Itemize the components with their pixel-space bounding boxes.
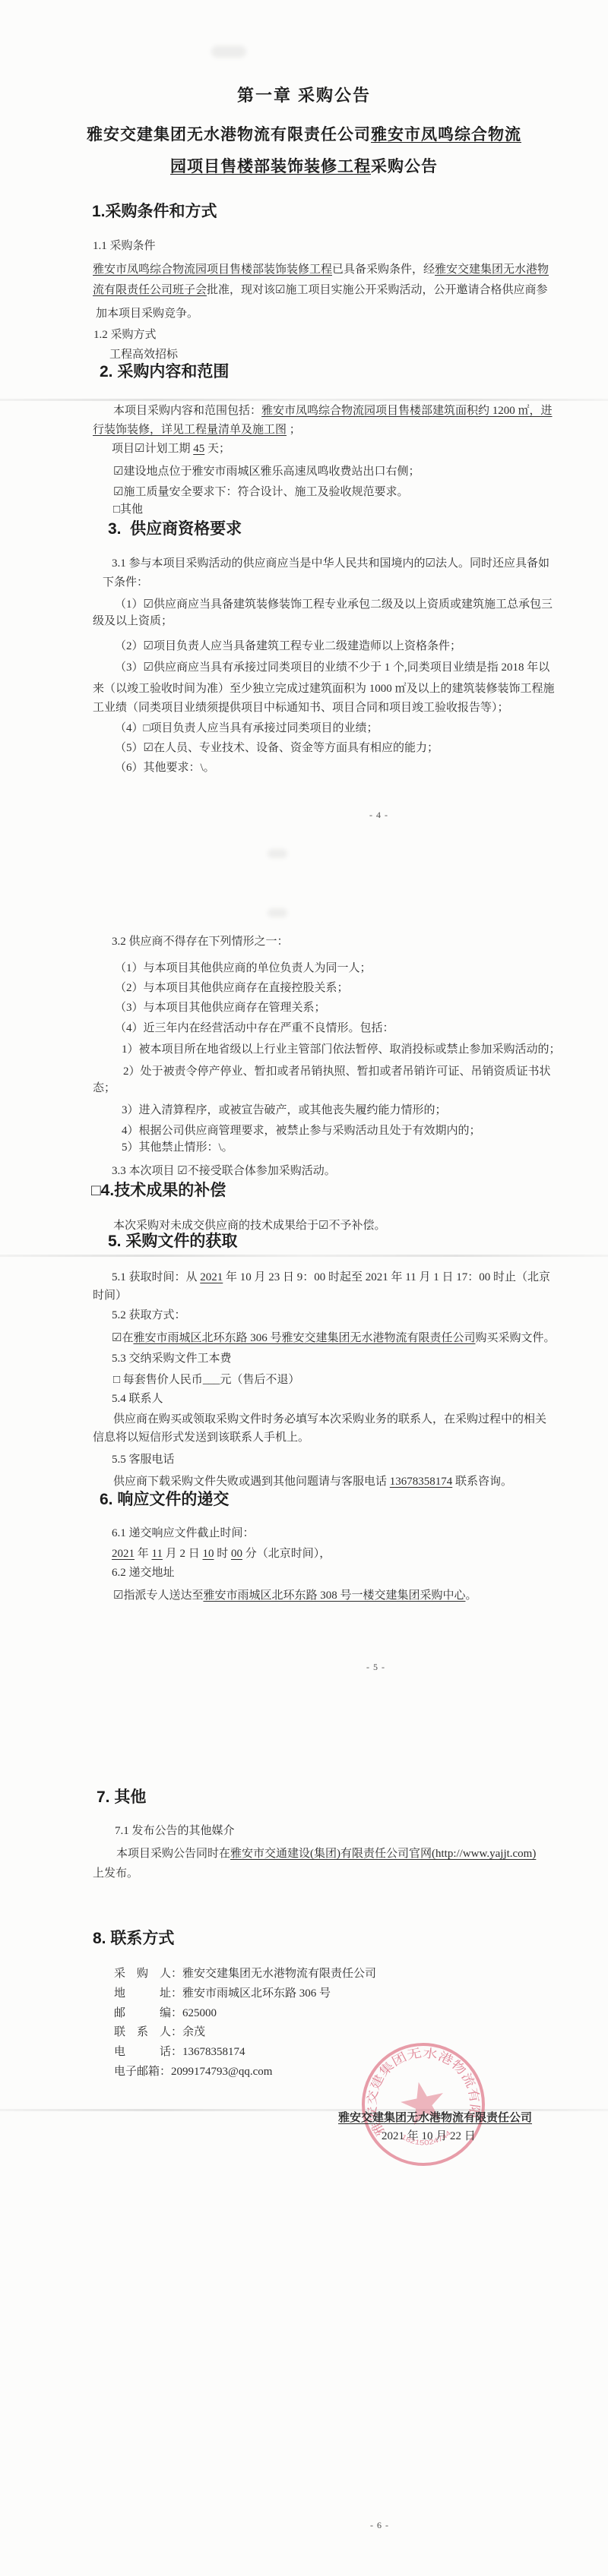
quality-requirement-line: ☑施工质量安全要求下：符合设计、施工及验收规范要求。 bbox=[113, 485, 408, 500]
text-segment: 。 bbox=[465, 1589, 477, 1602]
delivery-address-underlined: 雅安市雨城区北环东路 308 号一楼交建集团采购中心 bbox=[203, 1589, 465, 1602]
obtain-time-line: 5.1 获取时间：从 2021 年 10 月 23 日 9：00 时起至 202… bbox=[112, 1271, 550, 1285]
prohibited-item-line: （4）近三年内在经营活动中存在严重不良情形。包括： bbox=[115, 1021, 394, 1036]
official-website-url: 雅安市交通建设(集团)有限责任公司官网(http://www.yajjt.com… bbox=[230, 1848, 536, 1860]
obtain-time-line: 时间） bbox=[93, 1289, 127, 1303]
prohibited-item-line: （2）与本项目其他供应商存在直接控股关系； bbox=[115, 981, 349, 996]
text-segment: 天； bbox=[204, 443, 230, 455]
contact-note-line: 供应商在购买或领取采购文件时务必填写本次采购业务的联系人，在采购过程中的相关 bbox=[113, 1413, 546, 1427]
qualification-item-line: （5）☑在人员、专业技术、设备、资金等方面具有相应的能力； bbox=[115, 741, 439, 756]
scope-underlined: 行装饰装修，详见工程量清单及施工图 bbox=[93, 424, 287, 436]
company-seal-stamp: 雅安交建集团无水港物流有限责任公司 18215024744 bbox=[347, 2028, 500, 2181]
scope-text-line: 本项目采购内容和范围包括：雅安市凤鸣综合物流园项目售楼部建筑面积约 1200 ㎡… bbox=[113, 404, 553, 418]
contact-postcode-line: 邮 编：625000 bbox=[114, 2006, 217, 2021]
contact-phone-line: 电 话：13678358174 bbox=[114, 2045, 245, 2060]
section-5-heading: 5. 采购文件的获取 bbox=[108, 1232, 237, 1252]
obtain-method-line: ☑在雅安市雨城区北环东路 306 号雅安交建集团无水港物流有限责任公司购买采购文… bbox=[112, 1331, 555, 1346]
title-segment: 采购公告 bbox=[371, 158, 438, 175]
page-number-6: - 6 - bbox=[370, 2520, 389, 2531]
title-segment-underlined: 园项目售楼部装饰装修工程 bbox=[170, 158, 371, 175]
clause-3-1-line: 下条件： bbox=[103, 576, 148, 590]
prohibited-subitem-line: 5）其他禁止情形：\。 bbox=[122, 1141, 233, 1155]
prohibited-subitem-line: 1）被本项目所在地省级以上行业主管部门依法暂停、取消投标或禁止参加采购活动的； bbox=[122, 1043, 561, 1057]
section-1-heading: 1.采购条件和方式 bbox=[92, 202, 217, 222]
text-segment: ☑指派专人送达至 bbox=[113, 1589, 203, 1602]
text-segment: □ 每套售价人民币 bbox=[113, 1374, 203, 1386]
blank-amount-field: ___ bbox=[203, 1374, 220, 1386]
construction-site-line: ☑建设地点位于雅安市雨城区雅乐高速凤鸣收费站出口右侧； bbox=[113, 465, 420, 479]
duration-days-underlined: 45 bbox=[193, 443, 204, 455]
qualification-item-line: 级及以上资质； bbox=[93, 614, 173, 629]
publish-media-line: 上发布。 bbox=[93, 1867, 138, 1881]
section-7-heading: 7. 其他 bbox=[97, 1788, 146, 1807]
text-segment: 批准，现对该☑施工项目实施公开采购活动，公开邀请合格供应商参 bbox=[207, 284, 547, 296]
page-break-scan-line bbox=[0, 399, 608, 401]
title-segment-underlined: 雅安市凤鸣综合物流 bbox=[371, 126, 521, 144]
contact-email-line: 电子邮箱：2099174793@qq.com bbox=[114, 2065, 272, 2079]
service-phone-line: 供应商下载采购文件失败或遇到其他问题请与客服电话 13678358174 联系咨… bbox=[113, 1475, 512, 1489]
text-segment: 已具备采购条件，经 bbox=[332, 264, 435, 276]
clause-5-2-heading: 5.2 获取方式： bbox=[112, 1309, 186, 1323]
buyer-name-underlined: 流有限责任公司班子会 bbox=[93, 284, 207, 296]
signature-date: 2021 年 10 月 22 日 bbox=[382, 2129, 476, 2144]
page-number-4: - 4 - bbox=[369, 810, 388, 821]
text-segment: 5.1 获取时间：从 bbox=[112, 1271, 200, 1283]
year-underlined: 2021 bbox=[200, 1271, 223, 1283]
clause-1-1-text-line: 雅安市凤鸣综合物流园项目售楼部装饰装修工程已具备采购条件，经雅安交建集团无水港物 bbox=[93, 263, 549, 277]
announcement-title-line1: 雅安交建集团无水港物流有限责任公司雅安市凤鸣综合物流 bbox=[0, 125, 608, 145]
qualification-item-line: （6）其他要求：\。 bbox=[115, 761, 215, 775]
text-segment: ； bbox=[287, 424, 301, 436]
contact-buyer-line: 采 购 人：雅安交建集团无水港物流有限责任公司 bbox=[114, 1967, 376, 1981]
section-2-heading: 2. 采购内容和范围 bbox=[100, 362, 229, 382]
project-duration-line: 项目☑计划工期 45 天； bbox=[112, 442, 230, 456]
prohibited-subitem-line: 4）根据公司供应商管理要求，被禁止参与采购活动且处于有效期内的； bbox=[122, 1124, 481, 1138]
text-segment: 购买采购文件。 bbox=[475, 1332, 555, 1344]
clause-5-3-heading: 5.3 交纳采购文件工本费 bbox=[112, 1352, 232, 1366]
compensation-text-line: 本次采购对未成交供应商的技术成果给于☑不予补偿。 bbox=[113, 1219, 385, 1233]
scope-text-line: 行装饰装修，详见工程量清单及施工图 ； bbox=[93, 423, 301, 437]
clause-6-2-heading: 6.2 递交地址 bbox=[112, 1566, 175, 1580]
text-segment: 月 2 日 bbox=[163, 1548, 203, 1560]
signature-company-underlined: 雅安交建集团无水港物流有限责任公司 bbox=[338, 2112, 532, 2124]
text-segment: 年 bbox=[135, 1548, 152, 1560]
text-segment: 供应商下载采购文件失败或遇到其他问题请与客服电话 bbox=[113, 1476, 390, 1488]
page-break-scan-line bbox=[0, 1255, 608, 1257]
text-segment: 项目☑计划工期 bbox=[112, 443, 193, 455]
delivery-address-line: ☑指派专人送达至雅安市雨城区北环东路 308 号一楼交建集团采购中心。 bbox=[113, 1589, 477, 1603]
clause-3-1-line: 3.1 参与本项目采购活动的供应商应当是中华人民共和国境内的☑法人。同时还应具备… bbox=[112, 557, 549, 571]
section-3-heading: 3. 供应商资格要求 bbox=[108, 519, 242, 539]
deadline-month-underlined: 11 bbox=[152, 1548, 163, 1560]
qualification-item-line: （4）□项目负责人应当具有承接过同类项目的业绩； bbox=[115, 721, 378, 736]
clause-5-4-heading: 5.4 联系人 bbox=[112, 1392, 163, 1406]
clause-1-1-text-line: 流有限责任公司班子会批准，现对该☑施工项目实施公开采购活动，公开邀请合格供应商参 bbox=[93, 283, 547, 298]
deadline-minute-underlined: 00 bbox=[231, 1548, 242, 1560]
section-6-heading: 6. 响应文件的递交 bbox=[100, 1490, 229, 1510]
text-segment: 年 10 月 23 日 9：00 时起至 2021 年 11 月 1 日 17：… bbox=[223, 1271, 550, 1283]
section-8-heading: 8. 联系方式 bbox=[93, 1929, 174, 1949]
signature-company-name: 雅安交建集团无水港物流有限责任公司 bbox=[338, 2111, 532, 2126]
purchase-address-underlined: 雅安市雨城区北环东路 306 号雅安交建集团无水港物流有限责任公司 bbox=[133, 1332, 475, 1344]
prohibited-subitem-line: 3）进入清算程序，或被宣告破产，或其他丧失履约能力情形的； bbox=[122, 1103, 447, 1118]
text-segment: 时 bbox=[214, 1548, 231, 1560]
contact-person-line: 联 系 人：余茂 bbox=[114, 2025, 205, 2040]
scan-smudge bbox=[211, 46, 246, 58]
prohibited-item-line: （1）与本项目其他供应商的单位负责人为同一人； bbox=[115, 961, 372, 976]
document-fee-line: □ 每套售价人民币___元（售后不退） bbox=[113, 1373, 299, 1387]
clause-3-3-line: 3.3 本次项目 ☑不接受联合体参加采购活动。 bbox=[112, 1164, 336, 1179]
text-segment: 本项目采购公告同时在 bbox=[116, 1848, 230, 1860]
contact-address-line: 地 址：雅安市雨城区北环东路 306 号 bbox=[114, 1987, 331, 2001]
section-4-heading: □4.技术成果的补偿 bbox=[91, 1181, 226, 1201]
text-segment: 分（北京时间）， bbox=[242, 1548, 331, 1560]
deadline-heading-line: 6.1 递交响应文件截止时间： bbox=[112, 1526, 255, 1541]
announcement-title-line2: 园项目售楼部装饰装修工程采购公告 bbox=[0, 157, 608, 177]
deadline-hour-underlined: 10 bbox=[202, 1548, 214, 1560]
clause-5-5-heading: 5.5 客服电话 bbox=[112, 1453, 175, 1467]
text-segment: ☑在 bbox=[112, 1332, 133, 1344]
buyer-name-underlined: 雅安交建集团无水港物 bbox=[435, 264, 549, 276]
qualification-item-line: （2）☑项目负责人应当具备建筑工程专业二级建造师以上资格条件； bbox=[115, 639, 461, 654]
prohibited-subitem-line: 2）处于被责令停产停业、暂扣或者吊销执照、暂扣或者吊销许可证、吊销资质证书状 bbox=[123, 1065, 551, 1079]
other-checkbox-line: □其他 bbox=[113, 503, 143, 517]
qualification-item-line: （1）☑供应商应当具备建筑装修装饰工程专业承包二级及以上资质或建筑施工总承包三 bbox=[115, 598, 553, 612]
clause-1-1-heading: 1.1 采购条件 bbox=[93, 239, 156, 254]
scan-smudge bbox=[268, 908, 287, 917]
scope-underlined: 雅安市凤鸣综合物流园项目售楼部建筑面积约 1200 ㎡，进 bbox=[261, 405, 553, 417]
prohibited-item-line: （3）与本项目其他供应商存在管理关系； bbox=[115, 1001, 326, 1015]
text-segment: 联系咨询。 bbox=[452, 1476, 512, 1488]
qualification-item-line: 来（以竣工验收时间为准）至少独立完成过建筑面积为 1000 ㎡及以上的建筑装修装… bbox=[93, 682, 555, 696]
qualification-item-line: 工业绩（同类项目业绩须提供项目中标通知书、项目合同和项目竣工验收报告等）； bbox=[93, 701, 509, 715]
text-segment: 元（售后不退） bbox=[220, 1374, 299, 1386]
clause-1-1-text-line: 加本项目采购竞争。 bbox=[96, 307, 198, 321]
scanned-procurement-document: 第一章 采购公告 雅安交建集团无水港物流有限责任公司雅安市凤鸣综合物流 园项目售… bbox=[0, 0, 608, 2576]
prohibited-subitem-line: 态； bbox=[93, 1081, 116, 1096]
qualification-item-line: （3）☑供应商应当具有承接过同类项目的业绩不少于 1 个,同类项目业绩是指 20… bbox=[115, 661, 549, 675]
procurement-method-text: 工程高效招标 bbox=[109, 348, 178, 362]
title-segment: 雅安交建集团无水港物流有限责任公司 bbox=[87, 126, 371, 144]
page-number-5: - 5 - bbox=[366, 1662, 385, 1673]
project-name-underlined: 雅安市凤鸣综合物流园项目售楼部装饰装修工程 bbox=[93, 264, 332, 276]
text-segment: 本项目采购内容和范围包括： bbox=[113, 405, 261, 417]
clause-3-2-heading: 3.2 供应商不得存在下列情形之一： bbox=[112, 935, 289, 949]
scan-smudge bbox=[268, 849, 287, 858]
clause-7-1-heading: 7.1 发布公告的其他媒介 bbox=[115, 1824, 235, 1839]
chapter-title: 第一章 采购公告 bbox=[0, 85, 608, 106]
clause-1-2-heading: 1.2 采购方式 bbox=[93, 328, 157, 343]
deadline-datetime-line: 2021 年 11 月 2 日 10 时 00 分（北京时间）， bbox=[112, 1547, 331, 1561]
publish-media-line: 本项目采购公告同时在雅安市交通建设(集团)有限责任公司官网(http://www… bbox=[116, 1847, 536, 1861]
deadline-year-underlined: 2021 bbox=[112, 1548, 135, 1560]
service-phone-number-underlined: 13678358174 bbox=[390, 1476, 453, 1488]
contact-note-line: 信息将以短信形式发送到该联系人手机上。 bbox=[93, 1431, 309, 1445]
